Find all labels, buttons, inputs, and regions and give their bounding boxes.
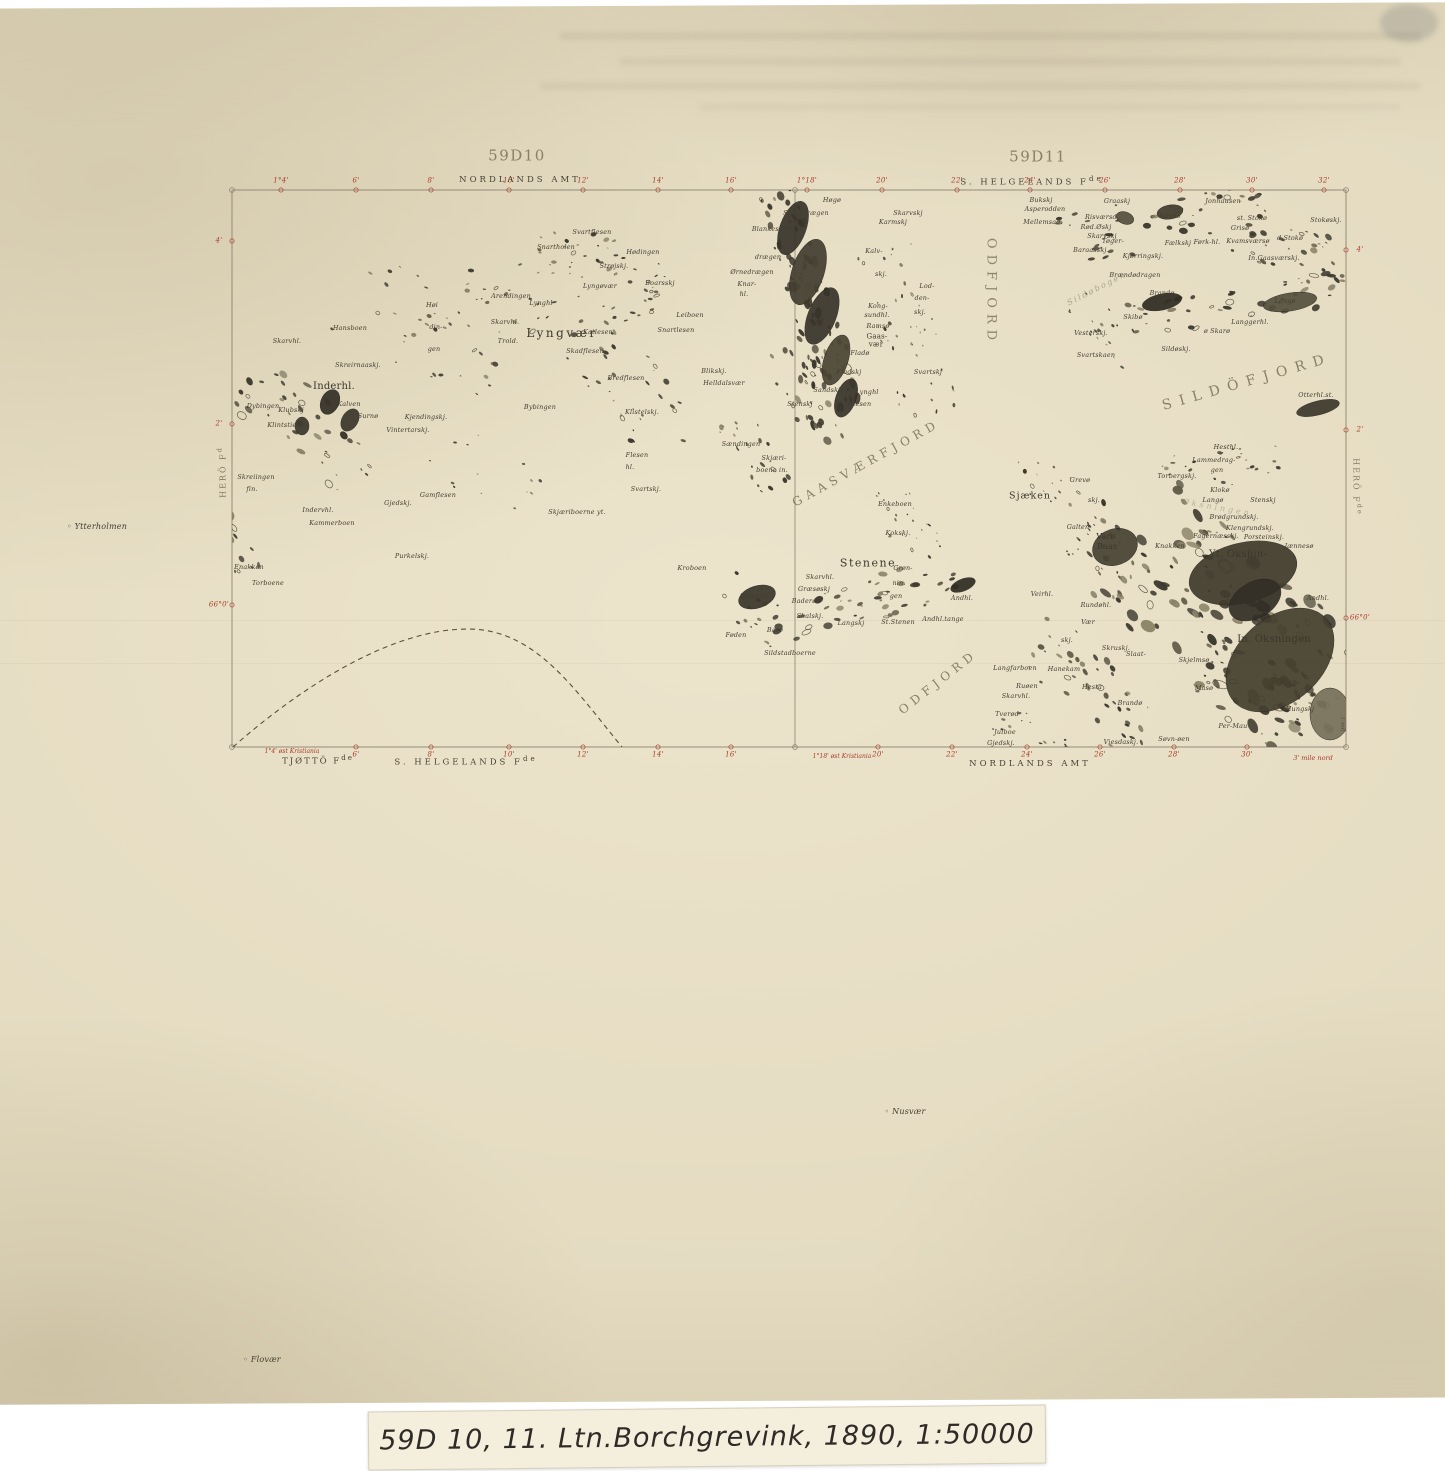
dashed-boundary-curve (233, 629, 622, 747)
tick-label-bottom: 20' (872, 752, 884, 759)
place-label: Katlesen (583, 329, 613, 335)
place-label: Skreirnaaskj. (335, 362, 381, 368)
place-label: Torbergskj. (1157, 473, 1196, 479)
place-label: Langgerhl. (1231, 319, 1268, 325)
tick-label-bottom: 12' (577, 752, 589, 759)
place-label: Gaas- (867, 334, 888, 341)
place-label: Arendingen (491, 293, 531, 299)
tick-label-right: 2' (1357, 427, 1364, 434)
place-label: Lammedrag- (1192, 457, 1235, 463)
fjord-label: ODFJORD (985, 238, 998, 346)
place-label: Svartflesen (573, 229, 612, 235)
place-label: skj. (875, 271, 887, 277)
place-label: Boarsskj (645, 280, 674, 286)
tick-label-top: 28' (1174, 178, 1186, 185)
tick-label-top: 32' (1318, 178, 1330, 185)
place-label: Otterhl.st. (1298, 392, 1333, 398)
place-label: Mellemsad. (1023, 219, 1062, 225)
place-label: hl. (626, 464, 635, 470)
place-label: Andhl. (951, 595, 973, 601)
tick-label-top: 14' (652, 178, 664, 185)
place-label: Skibø (1123, 314, 1142, 320)
place-label: Blikskj. (701, 368, 726, 374)
place-label: Lynghl (529, 300, 552, 306)
place-label: Hødingen (626, 249, 659, 255)
place-label: Knakken (1155, 543, 1185, 549)
margin-note: 1°4' øst Kristiania (265, 749, 320, 755)
place-label: Langø (1202, 497, 1223, 503)
place-label: Knar- (738, 281, 757, 287)
place-label: d.Stokø (1277, 235, 1303, 241)
tick-label-top: 30' (1246, 178, 1258, 185)
place-label: Yt. Oksnin- (1209, 550, 1267, 560)
place-label: Stenene (740, 593, 768, 599)
place-label: Kjendingskj. (405, 414, 448, 420)
place-label: Fladø (850, 350, 869, 356)
place-label: Tverød (995, 711, 1019, 717)
place-label: Galten (1067, 524, 1090, 530)
place-label: Baraasskj. (1073, 247, 1109, 253)
place-label: Brandø (1150, 290, 1175, 296)
place-label: Gamflesen (420, 492, 456, 498)
place-label: Varø (1096, 533, 1115, 541)
place-label: Bukskj (1029, 197, 1052, 203)
place-label: Svartskj (914, 369, 942, 375)
place-label: Græsøskj (798, 586, 830, 592)
place-label: Purkelskj. (395, 553, 429, 559)
place-label: din- (429, 324, 442, 330)
place-label: Høi (426, 302, 438, 308)
place-label: Vesterskj. (1074, 330, 1108, 336)
place-label: Lod- (919, 283, 934, 289)
fjord-label: HERÖ Fd (217, 446, 228, 498)
frame-edge-label: NORDLANDS AMT (459, 176, 581, 185)
margin-note: 1°18' øst Kristiania (813, 754, 872, 760)
place-label: Helldalsvær (703, 380, 745, 386)
place-label: gen (1211, 467, 1224, 473)
place-label: st. Stokø (1237, 215, 1267, 221)
place-label: Grøn- (893, 565, 912, 571)
margin-note: 3' mile nord (1293, 755, 1333, 762)
place-label: Ravnø (1159, 213, 1180, 219)
tick-label-bottom: 26' (1094, 752, 1106, 759)
place-label: fin. (246, 486, 257, 492)
place-label: Surnø (358, 413, 379, 419)
place-label: Tøger- (1102, 238, 1124, 244)
place-label: Skjæriboerne yt. (548, 509, 605, 515)
place-label: Føden (726, 632, 747, 638)
place-label: Asperodden (1025, 206, 1066, 212)
fjord-label: HERÖ Fde (1352, 458, 1363, 516)
sheet-title-right: 59D11 (1009, 150, 1067, 165)
place-label: Førk-hl. (1194, 239, 1221, 245)
tick-label-bottom: 28' (1168, 752, 1180, 759)
place-label: boene in. (756, 467, 788, 473)
place-label: Andhl. (1307, 595, 1329, 601)
place-label: skj. (1088, 497, 1100, 503)
place-label: Høgø (823, 197, 841, 203)
place-label: Stokøskj. (1310, 217, 1341, 223)
tick-label-bottom: 24' (1021, 752, 1033, 759)
place-label: Skarvhl. (273, 338, 302, 344)
place-label: Klubskj (278, 407, 304, 413)
place-label: Hungskj (1286, 706, 1314, 712)
place-label: Skreiingen (237, 474, 274, 480)
place-label: Masø (1195, 685, 1213, 691)
place-label: Ramsø (867, 323, 890, 329)
place-label: Stenskj (1250, 497, 1275, 503)
tick-label-top: 6' (353, 178, 360, 185)
place-label: Grevø (1070, 477, 1090, 483)
map-canvas (0, 0, 1445, 1471)
place-label: Baas (1097, 543, 1117, 551)
tick-label-right: 66°0' (1350, 615, 1370, 622)
place-label: Snartholen (537, 244, 575, 250)
place-label: den- (915, 295, 930, 301)
place-label: Skarvhl. (491, 319, 520, 325)
place-label: Sandskj. (813, 387, 842, 393)
tick-label-top: 16' (725, 178, 737, 185)
place-label: Flesen (849, 401, 872, 407)
tick-label-top: 8' (428, 178, 435, 185)
place-label: Hesta (1082, 684, 1102, 690)
tick-label-top: 20' (876, 178, 888, 185)
place-label: gen (428, 346, 441, 352)
place-label: Svartskj. (631, 486, 661, 492)
place-label: Fagernæsskj. (1193, 533, 1239, 539)
place-label: Per-Mau (1219, 723, 1248, 729)
place-label: Viesdaskj. (1104, 739, 1139, 745)
place-label: Sildøskj. (1161, 346, 1190, 352)
place-label: Julboe (994, 729, 1016, 735)
place-label: Fladskj (837, 369, 862, 375)
place-label: Leiboen (676, 312, 703, 318)
aged-paper-background: 59D10 59D11 1°4'6'8'10'12'14'16'1°18'20'… (0, 0, 1445, 1471)
place-label: Enkeboen (878, 501, 912, 507)
place-label: Kjørringskj. (1123, 253, 1164, 259)
place-label: Trold. (498, 338, 519, 344)
place-label: Enakken (234, 564, 264, 570)
place-label: Seingdrægen (783, 210, 829, 216)
place-label: Kvamsværsø (1226, 238, 1269, 244)
frame-edge-label: S. HELGELANDS Fde (960, 175, 1103, 187)
place-label: Jænnesø (1284, 543, 1313, 549)
place-label: Risværsd. (1085, 214, 1119, 220)
place-label: Snartlesen (658, 327, 695, 333)
tick-label-top: 1°4' (273, 178, 289, 185)
place-label: Kammerboen (309, 520, 354, 526)
place-label: ◦ Nusvær (885, 1108, 926, 1116)
place-label: Sjæken (1009, 491, 1051, 501)
place-label: Sildstadboerne (764, 650, 816, 656)
place-label: Skalskj. (797, 613, 824, 619)
place-label: Hanekam (1048, 666, 1080, 672)
handwritten-caption-label: 59D 10, 11. Ltn.Borchgrevink, 1890, 1:50… (368, 1404, 1047, 1470)
place-label: Skarvskj (893, 210, 922, 216)
tick-label-bottom: 22' (946, 752, 958, 759)
place-label: St.Stenen (881, 619, 915, 625)
place-label: Strøjskj. (600, 263, 629, 269)
place-label: vær (869, 342, 883, 349)
place-label: Brændødragen (1109, 272, 1160, 278)
place-label: Kalven (337, 401, 360, 407)
place-label: Ørnedrægen (730, 269, 773, 275)
place-label: Vær (1081, 619, 1095, 625)
place-label: Langskj (838, 620, 865, 626)
tick-label-left: 4' (216, 238, 223, 245)
place-label: drægen (755, 254, 781, 260)
place-label: gen (890, 593, 903, 599)
place-label: Torboene (252, 580, 284, 586)
tick-label-bottom: 30' (1241, 752, 1253, 759)
place-label: Skarvhl. (806, 574, 835, 580)
place-label: In. Oksningen (1237, 635, 1311, 645)
place-label: Hesthl. (1214, 444, 1239, 450)
frame-edge-label: TJØTTÖ Fde (282, 754, 354, 766)
place-label: Skjelmsø (1179, 657, 1210, 663)
place-label: Svartskaen (1077, 352, 1115, 358)
place-label: Gjedskj. (384, 500, 412, 506)
place-label: Skarvhl. (1002, 693, 1031, 699)
place-label: Ruøen (1016, 683, 1038, 689)
place-label: Brødgrundskj. (1210, 514, 1259, 520)
place-label: Lyngøvær (583, 283, 617, 289)
place-label: skj. (1061, 637, 1073, 643)
place-label: Klintstien (267, 422, 300, 428)
frame-edge-label: S. HELGELANDS Fde (394, 755, 537, 767)
place-label: Vintertarskj. (386, 427, 429, 433)
place-label: Skadflesen (566, 348, 604, 354)
place-label: Stenskj (787, 401, 812, 407)
tick-label-top: 1°18' (797, 178, 817, 185)
place-label: ◦ Ytterholmen (67, 523, 127, 531)
place-label: Fælkskj (1165, 240, 1191, 246)
tick-label-bottom: 16' (725, 752, 737, 759)
place-label: Rundøhl. (1081, 602, 1112, 608)
sheet-title-left: 59D10 (488, 149, 546, 164)
place-label: Rød.Øskj (1081, 224, 1112, 230)
place-label: Stenene (840, 558, 896, 569)
tick-label-right: 4' (1357, 247, 1364, 254)
tick-label-left: 2' (216, 421, 223, 428)
place-label: Sændingen (722, 441, 761, 447)
place-label: Indervhl. (302, 507, 333, 513)
caption-text: 59D 10, 11. Ltn.Borchgrevink, 1890, 1:50… (379, 1419, 1035, 1457)
place-label: Brandø (1118, 700, 1143, 706)
place-label: Inderhl. (313, 382, 355, 392)
place-label: Kalv- (865, 248, 882, 254)
place-label: hl. (740, 291, 749, 297)
place-label: Karmskj (879, 219, 907, 225)
place-label: Grisø (1231, 225, 1249, 231)
place-label: Flesen (626, 452, 649, 458)
place-label: Kokskj. (886, 530, 911, 536)
place-label: Gjedskj. (987, 740, 1015, 746)
place-label: ø Skarø (1204, 328, 1230, 334)
place-label: Kroboen (678, 565, 707, 571)
place-label: skj. (914, 309, 926, 315)
place-label: Bybingen (524, 404, 556, 410)
place-label: nin. (892, 580, 905, 586)
place-label: Skruskj. (1102, 645, 1130, 651)
place-label: Klistelskj. (625, 409, 659, 415)
place-label: Baderø (792, 598, 816, 604)
place-label: Langø (1274, 298, 1295, 304)
place-label: Graaskj (1104, 198, 1130, 204)
place-label: ◦ Flovær (243, 1356, 281, 1364)
place-label: Søvn-øen (1158, 736, 1189, 742)
place-label: Dybingen (247, 403, 280, 409)
tick-label-left: 66°0' (209, 602, 229, 609)
place-label: Klengrundskj. (1226, 525, 1274, 531)
margin-note: 1 mil (1338, 717, 1344, 732)
place-label: Langfarboen (993, 665, 1037, 671)
place-label: sundhl. (864, 312, 889, 318)
place-label: Lynghl (855, 389, 878, 395)
place-label: Jonhausen (1205, 198, 1241, 204)
place-label: Andhl.tange (922, 616, 964, 622)
scanned-map-page: { "caption": {"text": "59D 10, 11. Ltn.B… (0, 0, 1445, 1471)
tick-label-bottom: 14' (652, 752, 664, 759)
place-label: Hansboen (333, 325, 367, 331)
place-label: Blankesund- (752, 226, 794, 232)
place-label: Klokø (1210, 487, 1229, 493)
place-label: In.Gaasværskj. (1248, 255, 1299, 261)
place-label: Skjæri- (762, 455, 787, 461)
place-label: Bredflesen (608, 375, 645, 381)
place-label: Barø (767, 627, 783, 633)
place-label: Porsteinskj. (1244, 534, 1284, 540)
place-label: Kong- (868, 303, 888, 309)
frame-edge-label: NORDLANDS AMT (969, 760, 1091, 769)
place-label: Veirhl. (1031, 591, 1054, 597)
